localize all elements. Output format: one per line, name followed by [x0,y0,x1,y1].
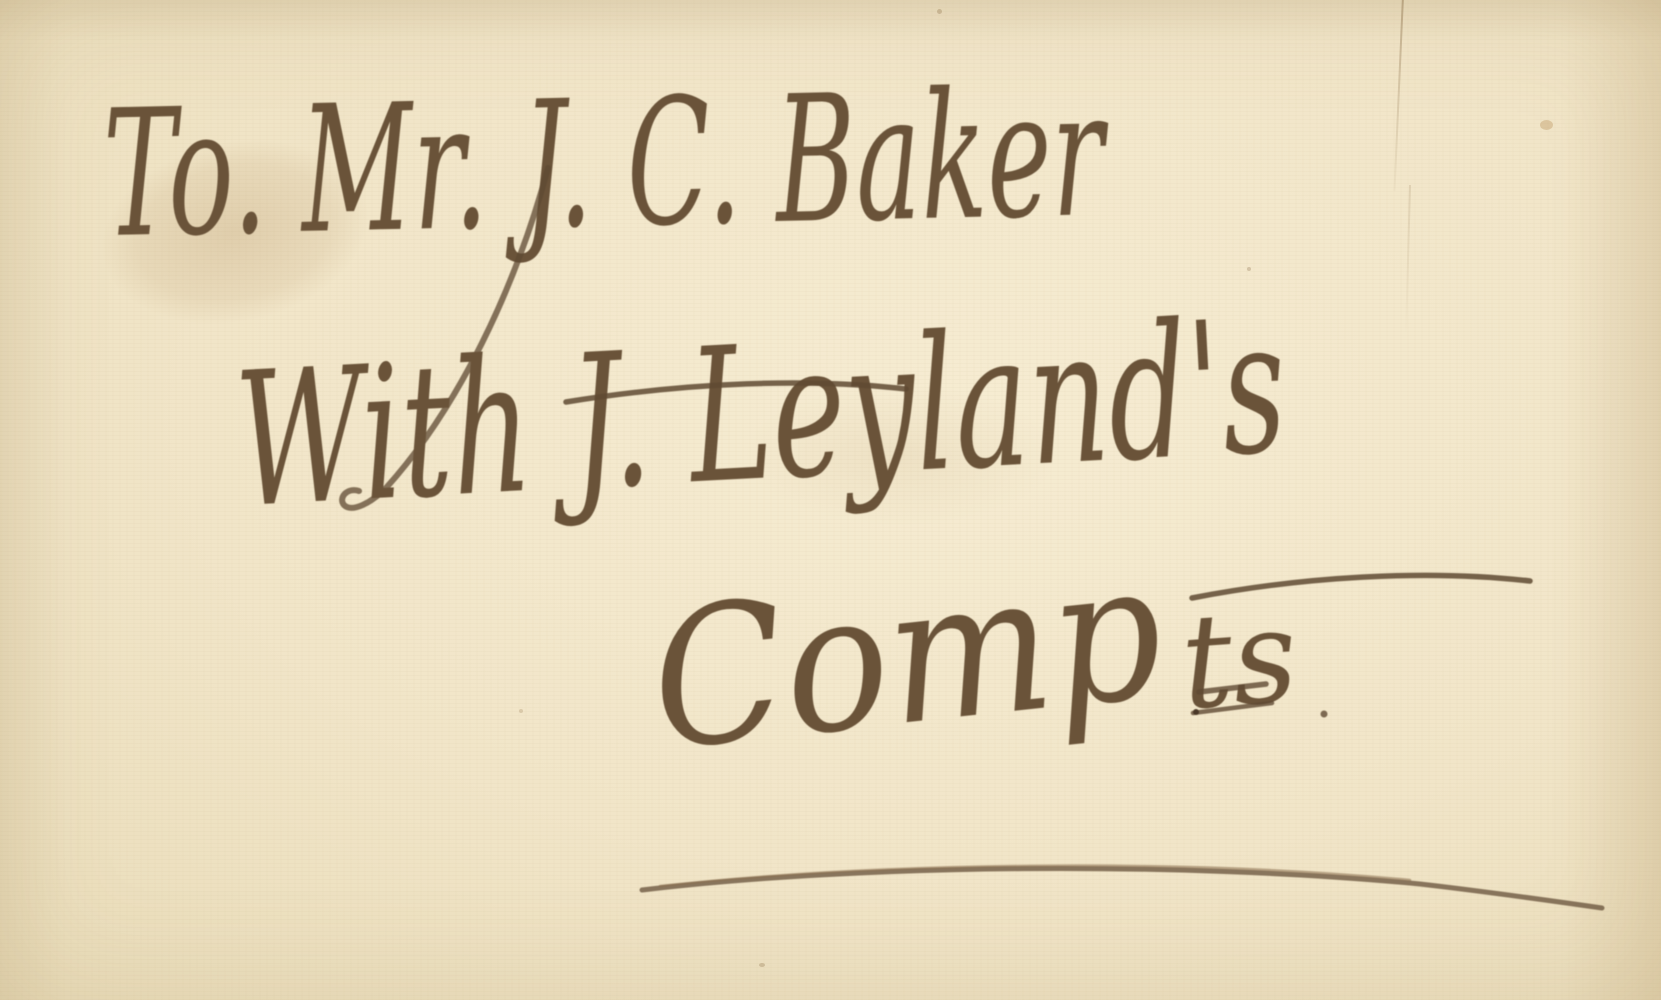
inscription-line-1-text: To. Mr. J. C. Baker [102,53,1112,277]
inscription-line-1-group: To. Mr. J. C. Baker [102,53,1112,277]
inscription-line-1: To. Mr. J. C. Baker [102,53,1112,277]
inscription-superscript-ts-text: ts [1177,579,1302,739]
inscription-line-3-superscript-group: ts [1177,579,1302,739]
inscription-line-3-group: Comp [642,520,1172,793]
inscription-line-3: Comp [642,520,1172,793]
inscription-ink-layer: To. Mr. J. C. Baker With J. Leyland's Co… [0,0,1661,1000]
inscription-superscript-ts: ts [1177,579,1302,739]
inscription-line-3-text: Comp [642,520,1172,793]
ink-dot [1321,711,1328,718]
inscription-line-2: With J. Leyland's [231,278,1291,549]
inscription-line-2-text: With J. Leyland's [231,278,1291,549]
manuscript-page: To. Mr. J. C. Baker With J. Leyland's Co… [0,0,1661,1000]
ink-blot [1193,709,1199,715]
inscription-line-2-group: With J. Leyland's [231,278,1291,549]
